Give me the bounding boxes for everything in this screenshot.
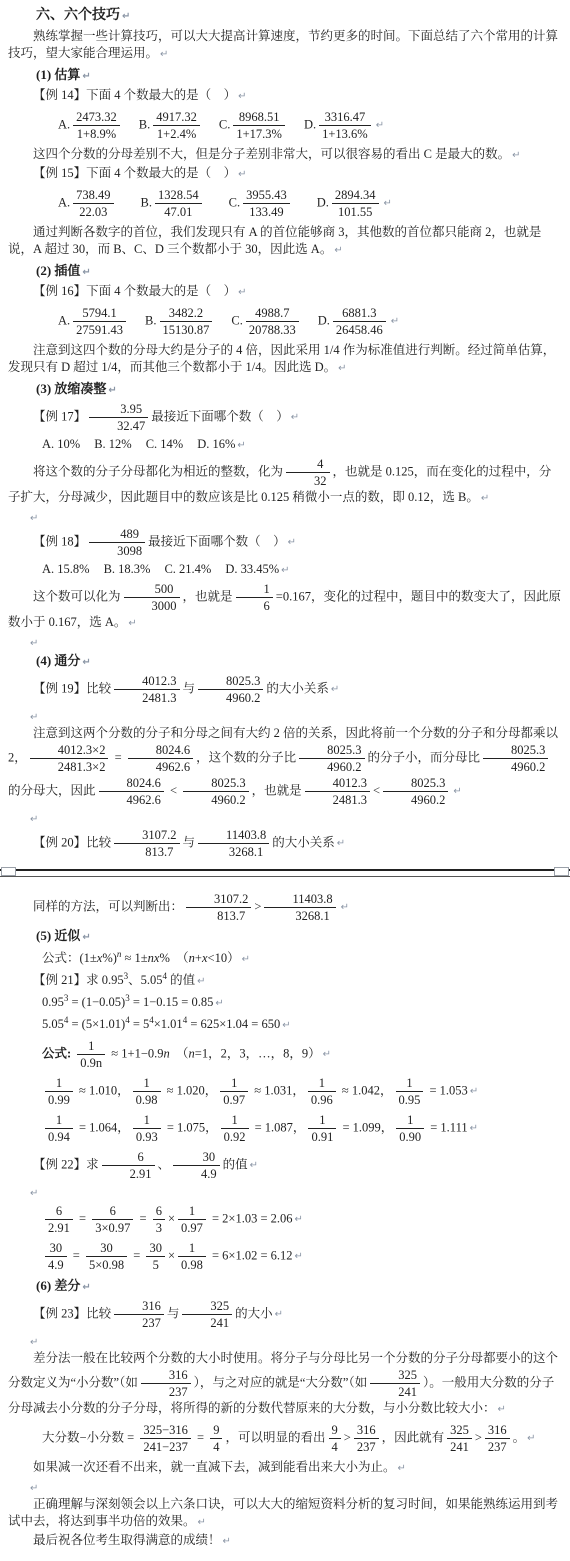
fraction-numerator: 1	[396, 1076, 424, 1092]
example-23-explanation: 差分法一般在比较两个分数的大小时使用。将分子与分母比另一个分数的分子分母都要小的…	[8, 1350, 562, 1418]
superscript: 4	[125, 1015, 130, 1025]
fraction-numerator: 8025.3	[183, 776, 248, 792]
fraction: 10.92	[221, 1113, 249, 1144]
section-heading-6: (6) 差分↵	[36, 1277, 562, 1296]
page-edge-tab-right	[554, 867, 569, 876]
fraction: 3482.215130.87	[160, 306, 213, 337]
reciprocal-row-2: 10.94 = 1.064，10.93 = 1.075，10.92 = 1.08…	[42, 1112, 562, 1145]
example-20-answer: 同样的方法，可以判断出：3107.2813.7>11403.83268.1↵	[8, 891, 562, 924]
formula-reciprocal: 公式: 10.9n ≈ 1+1−0.9n （n=1，2，3，…，8，9）↵	[42, 1038, 562, 1071]
paragraph-mark-icon: ↵	[30, 712, 38, 723]
fraction-denominator: 4960.2	[183, 792, 248, 807]
fraction-denominator: 241	[182, 1315, 232, 1330]
fraction-denominator: 3000	[124, 598, 180, 613]
fraction: 62.91	[102, 1150, 155, 1181]
fraction-denominator: 2.91	[102, 1166, 155, 1181]
example-15-answer: 通过判断各数字的首位，我们发现只有 A 的首位能够商 3，其他数的首位都只能商 …	[8, 224, 562, 259]
fraction-numerator: 30	[45, 1241, 67, 1257]
paragraph-mark-icon: ↵	[288, 537, 296, 548]
superscript: 3	[64, 993, 69, 1003]
fraction: 304.9	[45, 1241, 67, 1272]
paragraph-mark-icon: ↵	[82, 1282, 90, 1293]
fraction-denominator: 1+13.6%	[319, 126, 371, 141]
fraction: 16	[236, 582, 273, 613]
fraction: 325241	[370, 1368, 420, 1399]
fraction-denominator: 27591.43	[73, 322, 126, 337]
blank-line: ↵	[28, 1184, 562, 1199]
paragraph-mark-icon: ↵	[295, 1251, 303, 1262]
paragraph-mark-icon: ↵	[281, 565, 289, 576]
fraction: 11403.83268.1	[264, 892, 335, 923]
paragraph-mark-icon: ↵	[282, 1020, 290, 1031]
section-heading-3: (3) 放缩凑整↵	[36, 380, 562, 399]
section-heading-1: (1) 估算↵	[36, 66, 562, 85]
example-16-options: A.5794.127591.43B.3482.215130.87C.4988.7…	[58, 305, 562, 338]
fraction: 3107.2813.7	[186, 892, 251, 923]
fraction-numerator: 1	[77, 1039, 105, 1055]
fraction-denominator: 813.7	[186, 908, 251, 923]
superscript: 4	[183, 1015, 188, 1025]
paragraph-mark-icon: ↵	[295, 1214, 303, 1225]
paragraph-mark-icon: ↵	[275, 1309, 283, 1320]
example-19-question: 【例 19】比较4012.32481.3与8025.34960.2的大小关系↵	[8, 673, 562, 706]
paragraph-mark-icon: ↵	[82, 267, 90, 278]
fraction-numerator: 325−316	[140, 1423, 191, 1439]
fraction-numerator: 4	[286, 457, 330, 473]
fraction-denominator: 1+17.3%	[233, 126, 285, 141]
section-heading-5: (5) 近似↵	[36, 927, 562, 946]
paragraph-mark-icon: ↵	[223, 1536, 231, 1547]
fraction-numerator: 3107.2	[114, 828, 179, 844]
fraction-denominator: 0.93	[133, 1129, 161, 1144]
fraction-denominator: 32	[286, 473, 330, 488]
superscript: 3	[124, 971, 129, 981]
paragraph-mark-icon: ↵	[391, 316, 399, 327]
fraction-denominator: 2481.3×2	[30, 759, 109, 774]
fraction: 305×0.98	[86, 1241, 127, 1272]
fraction: 8968.511+17.3%	[233, 110, 285, 141]
fraction-numerator: 316	[141, 1368, 191, 1384]
fraction-numerator: 11403.8	[198, 828, 269, 844]
fraction: 1328.5447.01	[155, 188, 202, 219]
example-17-answer: 将这个数的分子分母都化为相近的整数，化为432，也就是 0.125，而在变化的过…	[8, 456, 562, 507]
fraction-denominator: 241	[447, 1439, 472, 1454]
page-break-bottom-line	[0, 876, 570, 877]
fraction-numerator: 738.49	[73, 188, 113, 204]
paragraph-mark-icon: ↵	[30, 1188, 38, 1199]
fraction-denominator: 0.98	[178, 1257, 206, 1272]
fraction: 10.91	[308, 1113, 336, 1144]
italic-variable: nx	[148, 951, 160, 965]
fraction-denominator: 2481.3	[114, 690, 179, 705]
fraction-numerator: 8968.51	[233, 110, 285, 126]
fraction-denominator: 0.97	[178, 1220, 206, 1235]
fraction: 10.98	[178, 1241, 206, 1272]
fraction-numerator: 5794.1	[73, 306, 126, 322]
paragraph-mark-icon: ↵	[30, 1483, 38, 1494]
fraction: 3316.471+13.6%	[319, 110, 371, 141]
fraction-denominator: 237	[354, 1439, 379, 1454]
paragraph-mark-icon: ↵	[160, 49, 168, 60]
fraction-denominator: 0.90	[396, 1129, 424, 1144]
fraction-denominator: 5	[146, 1257, 165, 1272]
paragraph-mark-icon: ↵	[334, 245, 342, 256]
fraction-numerator: 3955.43	[243, 188, 290, 204]
fraction-numerator: 4917.32	[153, 110, 200, 126]
example-14-answer: 这四个分数的分母差别不大，但是分子差别非常大，可以很容易的看出 C 是最大的数。…	[8, 146, 562, 164]
example-23-question: 【例 23】比较316237与325241的大小↵	[8, 1298, 562, 1331]
fraction: 8025.34960.2	[183, 776, 248, 807]
fraction-denominator: 1+8.9%	[73, 126, 120, 141]
closing-paragraph: 正确理解与深刻领会以上六条口诀，可以大大的缩短资料分析的复习时间，如果能熟练运用…	[8, 1496, 562, 1531]
fraction: 432	[286, 457, 330, 488]
example-14-options: A.2473.321+8.9%B.4917.321+2.4%C.8968.511…	[58, 109, 562, 142]
fraction-numerator: 1	[221, 1113, 249, 1129]
fraction: 316237	[485, 1423, 510, 1454]
paragraph-mark-icon: ↵	[512, 150, 520, 161]
fraction-numerator: 9	[210, 1423, 222, 1439]
fraction-numerator: 8025.3	[198, 674, 263, 690]
fraction: 3.9532.47	[89, 402, 148, 433]
fraction: 6881.326458.46	[333, 306, 386, 337]
fraction-denominator: 32.47	[89, 418, 148, 433]
fraction: 10.97	[220, 1076, 248, 1107]
italic-variable: n	[189, 951, 195, 965]
paragraph-mark-icon: ↵	[376, 120, 384, 131]
fraction: 325−316241−237	[140, 1423, 191, 1454]
example-16-question: 【例 16】下面 4 个数最大的是（ ）↵	[8, 283, 562, 301]
example-16-answer: 注意到这四个数的分母大约是分子的 4 倍，因此采用 1/4 作为标准值进行判断。…	[8, 342, 562, 377]
paragraph-mark-icon: ↵	[30, 638, 38, 649]
fraction-numerator: 9	[329, 1423, 341, 1439]
paragraph-mark-icon: ↵	[331, 684, 339, 695]
fraction-numerator: 4988.7	[246, 306, 299, 322]
fraction-numerator: 6881.3	[333, 306, 386, 322]
fraction-numerator: 3.95	[89, 402, 148, 418]
fraction: 3955.43133.49	[243, 188, 290, 219]
fraction-numerator: 316	[354, 1423, 379, 1439]
fraction-denominator: 22.03	[73, 204, 113, 219]
paragraph-mark-icon: ↵	[338, 363, 346, 374]
document-body: 六、六个技巧↵熟练掌握一些计算技巧，可以大大提高计算速度，节约更多的时间。下面总…	[8, 7, 562, 1550]
fraction-denominator: 6	[236, 598, 273, 613]
fraction-numerator: 325	[182, 1299, 232, 1315]
fraction: 10.99	[45, 1076, 73, 1107]
fraction: 2473.321+8.9%	[73, 110, 120, 141]
fraction: 10.93	[133, 1113, 161, 1144]
fraction-denominator: 5×0.98	[86, 1257, 127, 1272]
paragraph-mark-icon: ↵	[398, 1463, 406, 1474]
superscript: n	[117, 949, 122, 959]
fraction-denominator: 1+2.4%	[153, 126, 200, 141]
paragraph-mark-icon: ↵	[337, 838, 345, 849]
fraction: 8025.34960.2	[299, 743, 364, 774]
fraction-numerator: 11403.8	[264, 892, 335, 908]
fraction-denominator: 3268.1	[198, 844, 269, 859]
italic-variable: x	[97, 951, 103, 965]
fraction: 316237	[114, 1299, 164, 1330]
fraction: 4917.321+2.4%	[153, 110, 200, 141]
paragraph-mark-icon: ↵	[198, 1517, 206, 1528]
fraction-numerator: 6	[153, 1204, 165, 1220]
fraction: 94	[329, 1423, 341, 1454]
italic-variable: x	[202, 951, 208, 965]
reciprocal-row-1: 10.99 ≈ 1.010，10.98 ≈ 1.020，10.97 ≈ 1.03…	[42, 1075, 562, 1108]
fraction-numerator: 8024.6	[128, 743, 193, 759]
fraction-denominator: 15130.87	[160, 322, 213, 337]
fraction-numerator: 500	[124, 582, 180, 598]
fraction-numerator: 4012.3	[114, 674, 179, 690]
fraction-denominator: 4.9	[173, 1166, 220, 1181]
fraction-numerator: 1	[133, 1113, 161, 1129]
fraction: 8024.64962.6	[99, 776, 164, 807]
fraction: 10.95	[396, 1076, 424, 1107]
fraction: 4893098	[89, 527, 145, 558]
fraction-numerator: 3107.2	[186, 892, 251, 908]
document-page: 六、六个技巧↵熟练掌握一些计算技巧，可以大大提高计算速度，节约更多的时间。下面总…	[0, 0, 570, 1561]
fraction-denominator: 0.94	[45, 1129, 73, 1144]
paragraph-mark-icon: ↵	[498, 1404, 506, 1415]
fraction-numerator: 1	[236, 582, 273, 598]
fraction: 304.9	[173, 1150, 220, 1181]
blank-line: ↵	[28, 1479, 562, 1494]
fraction-denominator: 0.9n	[77, 1055, 105, 1070]
fraction-denominator: 3268.1	[264, 908, 335, 923]
fraction-denominator: 20788.33	[246, 322, 299, 337]
fraction-numerator: 4012.3×2	[30, 743, 109, 759]
fraction-numerator: 1	[178, 1241, 206, 1257]
fraction-numerator: 1	[133, 1076, 161, 1092]
blank-line: ↵	[28, 810, 562, 825]
fraction: 4012.32481.3	[305, 776, 370, 807]
paragraph-mark-icon: ↵	[82, 71, 90, 82]
fraction-numerator: 8025.3	[383, 776, 448, 792]
example-21-line-1: 0.953 = (1−0.05)3 = 1−0.15 = 0.85↵	[42, 994, 562, 1012]
fraction: 5003000	[124, 582, 180, 613]
fraction-numerator: 6	[45, 1204, 73, 1220]
intro-paragraph: 熟练掌握一些计算技巧，可以大大提高计算速度，节约更多的时间。下面总结了六个常用的…	[8, 28, 562, 63]
paragraph-mark-icon: ↵	[238, 91, 246, 102]
paragraph-mark-icon: ↵	[238, 169, 246, 180]
paragraph-mark-icon: ↵	[242, 954, 250, 965]
fraction: 63×0.97	[92, 1204, 133, 1235]
example-17-question: 【例 17】3.9532.47最接近下面哪个数（ ）↵	[8, 401, 562, 434]
fraction-denominator: 4962.6	[99, 792, 164, 807]
fraction-numerator: 1	[308, 1113, 336, 1129]
paragraph-mark-icon: ↵	[237, 440, 245, 451]
fraction-denominator: 4962.6	[128, 759, 193, 774]
fraction: 5794.127591.43	[73, 306, 126, 337]
fraction: 10.94	[45, 1113, 73, 1144]
section-heading-2: (2) 插值↵	[36, 262, 562, 281]
fraction-numerator: 1	[220, 1076, 248, 1092]
fraction-denominator: 3×0.97	[92, 1220, 133, 1235]
fraction-numerator: 316	[485, 1423, 510, 1439]
superscript: 4	[64, 1015, 69, 1025]
superscript: 4	[163, 971, 168, 981]
fraction-denominator: 0.97	[220, 1092, 248, 1107]
fraction: 10.97	[178, 1204, 206, 1235]
fraction-denominator: 47.01	[155, 204, 202, 219]
example-18-question: 【例 18】4893098最接近下面哪个数（ ）↵	[8, 526, 562, 559]
fraction: 3107.2813.7	[114, 828, 179, 859]
fraction-numerator: 3482.2	[160, 306, 213, 322]
fraction: 4012.3×22481.3×2	[30, 743, 109, 774]
fraction-denominator: 2.91	[45, 1220, 73, 1235]
fraction-numerator: 325	[370, 1368, 420, 1384]
fraction-numerator: 3316.47	[319, 110, 371, 126]
paragraph-mark-icon: ↵	[30, 814, 38, 825]
fraction: 11403.83268.1	[198, 828, 269, 859]
fraction-denominator: 241−237	[140, 1439, 191, 1454]
superscript: 3	[125, 993, 130, 1003]
page-edge-tab-left	[1, 867, 16, 876]
paragraph-mark-icon: ↵	[108, 385, 116, 396]
fraction-denominator: 237	[141, 1384, 191, 1399]
example-22-line-2: 304.9 = 305×0.98 = 305×10.98 = 6×1.02 = …	[42, 1240, 562, 1273]
fraction-numerator: 8025.3	[299, 743, 364, 759]
blank-line: ↵	[28, 708, 562, 723]
fraction: 8025.34960.2	[483, 743, 548, 774]
fraction: 10.96	[308, 1076, 336, 1107]
fraction-denominator: 4960.2	[299, 759, 364, 774]
italic-variable: n	[189, 1046, 195, 1060]
example-19-answer: 注意到这两个分数的分子和分母之间有大约 2 倍的关系，因此将前一个分数的分子和分…	[8, 725, 562, 808]
paragraph-mark-icon: ↵	[470, 1086, 478, 1097]
fraction-denominator: 0.95	[396, 1092, 424, 1107]
paragraph-mark-icon: ↵	[341, 902, 349, 913]
fraction-denominator: 2481.3	[305, 792, 370, 807]
fraction: 62.91	[45, 1204, 73, 1235]
fraction-numerator: 1	[45, 1076, 73, 1092]
fraction-denominator: 237	[485, 1439, 510, 1454]
paragraph-mark-icon: ↵	[291, 412, 299, 423]
fraction-denominator: 26458.46	[333, 322, 386, 337]
fraction: 325241	[447, 1423, 472, 1454]
fraction-numerator: 1	[308, 1076, 336, 1092]
fraction-numerator: 1	[396, 1113, 424, 1129]
page-break-top-line	[0, 869, 570, 871]
section-heading-4: (4) 通分↵	[36, 652, 562, 671]
fraction-numerator: 325	[447, 1423, 472, 1439]
fraction: 738.4922.03	[73, 188, 113, 219]
fraction-denominator: 4	[210, 1439, 222, 1454]
fraction-denominator: 0.91	[308, 1129, 336, 1144]
paragraph-mark-icon: ↵	[215, 998, 223, 1009]
fraction: 2894.34101.55	[332, 188, 379, 219]
blank-line: ↵	[28, 1333, 562, 1348]
paragraph-mark-icon: ↵	[470, 1123, 478, 1134]
bold-label: 公式:	[42, 1046, 74, 1060]
fraction: 10.90	[396, 1113, 424, 1144]
fraction-denominator: 4960.2	[198, 690, 263, 705]
fraction: 8025.34960.2	[198, 674, 263, 705]
fraction-denominator: 0.99	[45, 1092, 73, 1107]
blank-line: ↵	[28, 509, 562, 524]
fraction-denominator: 101.55	[332, 204, 379, 219]
fraction-denominator: 0.96	[308, 1092, 336, 1107]
fraction: 4988.720788.33	[246, 306, 299, 337]
page-break	[0, 867, 570, 878]
fraction-numerator: 8024.6	[99, 776, 164, 792]
fraction-numerator: 8025.3	[483, 743, 548, 759]
example-15-question: 【例 15】下面 4 个数最大的是（ ）↵	[8, 165, 562, 183]
superscript: 4	[149, 1015, 154, 1025]
paragraph-mark-icon: ↵	[250, 1160, 258, 1171]
example-22-question: 【例 22】求62.91、304.9的值↵	[8, 1149, 562, 1182]
fraction-denominator: 241	[370, 1384, 420, 1399]
example-18-answer: 这个数可以化为5003000，也就是16=0.167，变化的过程中，题目中的数变…	[8, 581, 562, 632]
fraction-numerator: 30	[146, 1241, 165, 1257]
fraction-denominator: 0.92	[221, 1129, 249, 1144]
fraction: 316237	[141, 1368, 191, 1399]
example-14-question: 【例 14】下面 4 个数最大的是（ ）↵	[8, 87, 562, 105]
fraction-numerator: 6	[92, 1204, 133, 1220]
fraction: 63	[153, 1204, 165, 1235]
doc-title: 六、六个技巧↵	[36, 7, 562, 25]
paragraph-mark-icon: ↵	[527, 1433, 535, 1444]
fraction: 316237	[354, 1423, 379, 1454]
example-21-line-2: 5.054 = (5×1.01)4 = 54×1.014 = 625×1.04 …	[42, 1016, 562, 1034]
blank-line: ↵	[28, 634, 562, 649]
paragraph-mark-icon: ↵	[384, 198, 392, 209]
fraction-numerator: 1	[45, 1113, 73, 1129]
fraction-denominator: 4960.2	[383, 792, 448, 807]
fraction-denominator: 4960.2	[483, 759, 548, 774]
fraction-numerator: 2473.32	[73, 110, 120, 126]
paragraph-mark-icon: ↵	[82, 932, 90, 943]
fraction-numerator: 6	[102, 1150, 155, 1166]
fraction: 305	[146, 1241, 165, 1272]
fraction-denominator: 813.7	[114, 844, 179, 859]
paragraph-mark-icon: ↵	[122, 11, 130, 22]
fraction: 8024.64962.6	[128, 743, 193, 774]
fraction: 94	[210, 1423, 222, 1454]
fraction-denominator: 0.98	[133, 1092, 161, 1107]
example-15-options: A.738.4922.03B.1328.5447.01C.3955.43133.…	[58, 187, 562, 220]
fraction: 10.98	[133, 1076, 161, 1107]
italic-variable: n	[164, 1046, 170, 1060]
fraction-numerator: 4012.3	[305, 776, 370, 792]
paragraph-mark-icon: ↵	[128, 618, 136, 629]
fraction: 4012.32481.3	[114, 674, 179, 705]
fraction-denominator: 4	[329, 1439, 341, 1454]
fraction-denominator: 133.49	[243, 204, 290, 219]
paragraph-mark-icon: ↵	[238, 287, 246, 298]
fraction-numerator: 30	[86, 1241, 127, 1257]
paragraph-mark-icon: ↵	[197, 976, 205, 987]
paragraph-mark-icon: ↵	[30, 513, 38, 524]
fraction-numerator: 489	[89, 527, 145, 543]
paragraph-mark-icon: ↵	[30, 1337, 38, 1348]
paragraph-mark-icon: ↵	[82, 657, 90, 668]
paragraph-mark-icon: ↵	[481, 493, 489, 504]
fraction-numerator: 316	[114, 1299, 164, 1315]
closing-wish: 最后祝各位考生取得满意的成绩！↵	[8, 1532, 562, 1550]
formula-power: 公式：(1±x%)n ≈ 1±nx% （n+x<10）↵	[42, 950, 562, 968]
fraction-denominator: 3098	[89, 543, 145, 558]
fraction-denominator: 237	[114, 1315, 164, 1330]
paragraph-mark-icon: ↵	[453, 786, 461, 797]
fraction-numerator: 1328.54	[155, 188, 202, 204]
fraction: 8025.34960.2	[383, 776, 448, 807]
fraction: 10.9n	[77, 1039, 105, 1070]
example-18-options: A. 15.8%B. 18.3%C. 21.4%D. 33.45%↵	[42, 561, 562, 579]
paragraph-mark-icon: ↵	[323, 1049, 331, 1060]
fraction-denominator: 4.9	[45, 1257, 67, 1272]
fraction-numerator: 2894.34	[332, 188, 379, 204]
example-17-options: A. 10%B. 12%C. 14%D. 16%↵	[42, 436, 562, 454]
